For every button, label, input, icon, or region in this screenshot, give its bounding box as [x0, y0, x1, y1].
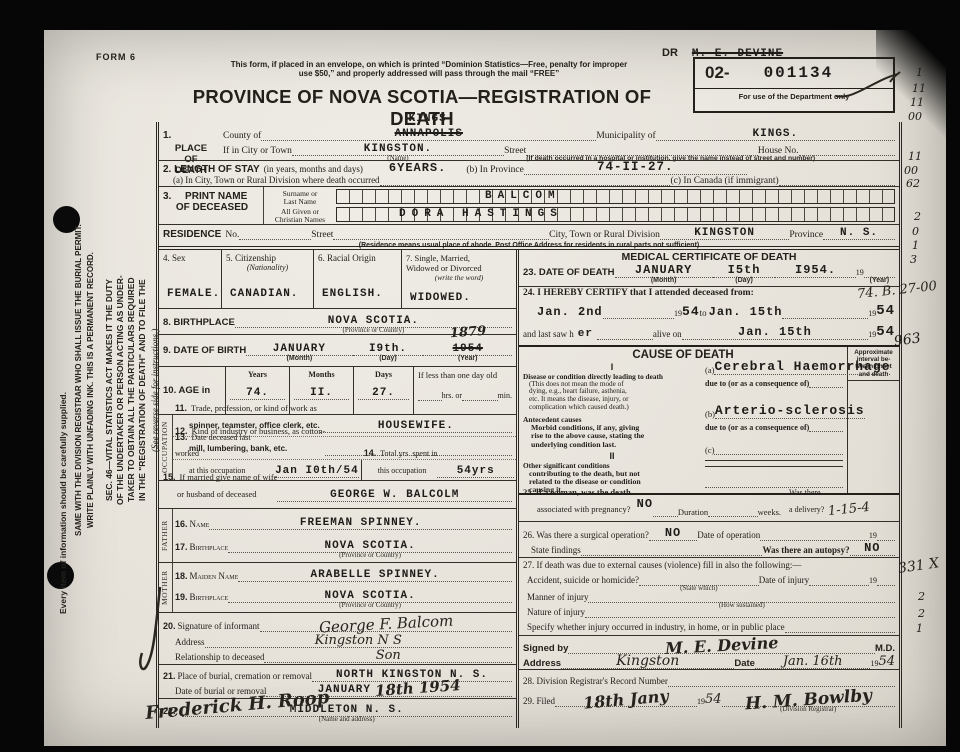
signed-date-value: Jan. 16th	[783, 654, 843, 669]
age-days-label: Days	[358, 370, 409, 379]
residence-no-label: No.	[225, 230, 239, 240]
birth-year-struck: 1954	[453, 343, 483, 355]
burial-date-handwritten: 18th 1954	[375, 677, 462, 699]
spouse-label-2: or husband of deceased	[177, 489, 257, 499]
sidebar-note-sec46-line1: SEC. 46—VITAL STATISTICS ACT MAKES IT TH…	[104, 170, 114, 610]
section-signed: Signed by M. E. Devine M.D. Address King…	[519, 635, 899, 669]
pregnancy-value: NO	[637, 498, 653, 511]
attended-from-year-prefix: 19	[674, 310, 682, 319]
age-years-value: 74.	[230, 387, 285, 400]
birth-month-note: (Month)	[246, 355, 352, 363]
md-label: M.D.	[875, 644, 895, 654]
cause-b-value: Arterio-sclerosis	[715, 403, 865, 418]
last-saw-label-2: alive on	[653, 330, 682, 340]
sex-label: 4. Sex	[163, 253, 217, 263]
section-residence: RESIDENCE No. Street City, Town or Rural…	[159, 224, 899, 250]
municipality-label: Municipality of	[596, 131, 655, 141]
attended-to-year-prefix: 19	[868, 310, 876, 319]
informant-relationship: Son	[376, 648, 401, 663]
birth-year-handwritten: 1879	[450, 325, 487, 342]
father-birthplace-label: Birthplace	[190, 543, 229, 553]
margin-mark: 2	[918, 590, 925, 603]
given-names-label-2: Christian Names	[264, 216, 336, 224]
section-burial: 21. Place of burial, cremation or remova…	[159, 664, 516, 698]
delivery-label-1: Was there	[789, 488, 821, 497]
margin-mark: 1	[916, 66, 923, 79]
stay-city-label: (a) In City, Town or Rural Division wher…	[173, 176, 380, 186]
age-min-label: min.	[498, 392, 512, 401]
margin-mark: 963	[893, 330, 922, 350]
cause-descriptions: I Disease or condition directly leading …	[523, 363, 701, 495]
handwritten-checkmark	[834, 70, 904, 104]
age-years-label: Years	[230, 370, 285, 379]
mother-name-value: ARABELLE SPINNEY.	[311, 569, 440, 581]
stay-city-value: 6YEARS.	[389, 162, 446, 175]
age-hrs-label: hrs. or	[442, 392, 462, 401]
last-worked-number: 13.	[175, 432, 188, 442]
trade-number: 11.	[175, 403, 187, 413]
death-year-value: I954.	[795, 263, 836, 277]
envelope-note-line1: This form, if placed in an envelope, on …	[194, 60, 664, 69]
margin-mark: 11	[910, 96, 924, 109]
cause-due-to-2: due to (or as a consequence of)	[705, 423, 809, 432]
age-months-value: II.	[294, 387, 349, 400]
marital-value: WIDOWED.	[410, 292, 471, 304]
division-registrar-note: (Division Registrar)	[722, 706, 895, 714]
given-names-grid: DORA HASTINGS	[336, 207, 895, 222]
spouse-label-1: If married give name of wife	[180, 472, 278, 482]
section-date-of-death: 23. DATE OF DEATH JANUARY (Month) I5th (…	[519, 263, 899, 286]
filed-year-value: 54	[705, 693, 722, 707]
sidebar-note-write-plainly: WRITE PLAINLY WITH UNFADING INK. THIS IS…	[86, 140, 95, 640]
birth-day-value: I9th.	[369, 343, 407, 355]
residence-street-label: Street	[311, 230, 333, 240]
residence-city-value: KINGSTON	[694, 227, 755, 239]
section-external-causes: 331 X 27. If death was due to external c…	[519, 557, 899, 635]
s1-label-1: PLACE	[163, 143, 219, 154]
spouse-number: 15.	[163, 472, 176, 482]
doctor-prefix: DR	[662, 47, 678, 59]
section-registrar: 28. Division Registrar's Record Number 2…	[519, 669, 899, 713]
registration-serial: 001134	[764, 64, 834, 82]
injury-date-label: Date of injury	[759, 576, 809, 586]
sidebar-note-every-item: Every item of information should be care…	[58, 280, 68, 726]
section-date-of-birth: 9. DATE OF BIRTH JANUARY (Month) I9th. (…	[159, 334, 516, 366]
informant-relationship-label: Relationship to deceased	[175, 653, 264, 663]
margin-mark: 3	[910, 253, 917, 266]
envelope-note: This form, if placed in an envelope, on …	[194, 60, 664, 78]
margin-mark: 1	[916, 622, 923, 635]
mother-name-number: 18.	[175, 572, 188, 582]
mother-birthplace-number: 19.	[175, 593, 188, 603]
pregnancy-label-1: 25. If a woman, was the death	[523, 487, 631, 497]
margin-mark: 11	[908, 150, 922, 163]
father-side-label-strip: FATHER	[159, 509, 173, 562]
sidebar-note-same-with: SAME WITH THE DIVISION REGISTRAR WHO SHA…	[74, 120, 83, 640]
municipality-value: KINGS.	[753, 128, 799, 140]
birthplace-label: 8. BIRTHPLACE	[163, 317, 235, 328]
trade-label-1: Trade, profession, or kind of work as	[191, 403, 317, 413]
residence-city-label: City, Town or Rural Division	[549, 230, 660, 240]
trade-value: HOUSEWIFE.	[378, 420, 454, 432]
age-label: 10. AGE in	[163, 385, 210, 396]
informant-address-label: Address	[175, 638, 205, 648]
margin-mark: 00	[904, 164, 918, 177]
marital-label-1: 7. Single, Married,	[406, 253, 512, 263]
city-town-label: If in City or Town	[223, 146, 292, 156]
morbid-line-3: underlying condition last.	[531, 441, 701, 449]
s3-number: 3.	[163, 191, 171, 202]
attended-to-value: Jan. 15th	[709, 306, 783, 319]
margin-mark: 2	[918, 607, 925, 620]
last-saw-er: er	[578, 328, 593, 340]
personal-column: 4. Sex FEMALE. 5. Citizenship (Nationali…	[159, 250, 516, 728]
racial-origin-label: 6. Racial Origin	[318, 253, 397, 263]
margin-mark: 62	[906, 177, 920, 190]
stray-pen-stroke	[136, 585, 166, 685]
operation-value: NO	[665, 526, 681, 540]
weeks-label: weeks.	[758, 508, 781, 517]
cause-b-label: (b)	[705, 409, 715, 419]
attended-label: 24. I HEREBY CERTIFY that I attended dec…	[523, 288, 754, 298]
physician-address-label: Address	[523, 659, 561, 669]
margin-mark: 11	[912, 82, 926, 95]
state-findings-label: State findings	[531, 546, 581, 556]
racial-origin-value: ENGLISH.	[322, 288, 383, 300]
nature-label: Nature of injury	[527, 608, 585, 618]
autopsy-value: NO	[864, 541, 880, 555]
death-registration-form: Every item of information should be care…	[44, 30, 946, 746]
delivery-label-2: a delivery?	[789, 505, 824, 514]
operation-date-label: Date of operation	[697, 531, 760, 541]
citizenship-value: CANADIAN.	[230, 288, 298, 300]
filed-year-prefix: 19	[697, 698, 705, 707]
margin-mark: 0	[912, 225, 919, 238]
father-side-label: FATHER	[160, 509, 169, 562]
father-birthplace-number: 17.	[175, 543, 188, 553]
county-label: County of	[223, 131, 261, 141]
last-worked-value: Jan I0th/54	[275, 465, 359, 477]
mother-birthplace-note: (Province or Country)	[228, 602, 512, 610]
father-name-value: FREEMAN SPINNEY.	[300, 517, 422, 529]
columns: 4. Sex FEMALE. 5. Citizenship (Nationali…	[159, 250, 899, 728]
attended-from-value: Jan. 2nd	[537, 306, 603, 319]
sex-value: FEMALE.	[167, 288, 220, 300]
death-day-note: (Day)	[713, 277, 776, 285]
given-names-value: DORA HASTINGS	[399, 208, 563, 220]
margin-mark: 00	[908, 110, 922, 123]
citizenship-label: 5. Citizenship	[226, 253, 309, 263]
manner-label: Manner of injury	[527, 593, 588, 603]
attended-to-label: to	[700, 309, 707, 319]
section-undertaker: Frederick H. Roop 22. MIDDLETON N. S. (N…	[159, 698, 516, 732]
accident-label: Accident, suicide or homicide?	[527, 576, 639, 586]
s3-label-2: OF DECEASED	[163, 202, 261, 213]
sidebar-note-sec46-line4: IN THE "REGISTRATION OF DEATH" AND TO FI…	[137, 170, 147, 610]
death-year-prefix: 19	[856, 269, 864, 278]
operation-label: 26. Was there a surgical operation?	[523, 531, 649, 541]
birth-day-note: (Day)	[353, 355, 424, 363]
form-body: 1. PLACE OF DEATH County of ANNAPOLIS KI…	[156, 122, 902, 728]
undertaker-note: (Name and address)	[182, 716, 512, 724]
section-place-of-death: 1. PLACE OF DEATH County of ANNAPOLIS KI…	[159, 122, 899, 160]
street-label: Street	[504, 146, 526, 156]
form-number: FORM 6	[96, 52, 136, 62]
s2-number: 2.	[163, 164, 171, 175]
section-attended: 74. B. 27-00 24. I HEREBY CERTIFY that I…	[519, 286, 899, 345]
death-month-value: JANUARY	[635, 263, 692, 277]
signed-year-value: 54	[878, 655, 895, 669]
margin-mark: 1	[912, 239, 919, 252]
date-of-birth-label: 9. DATE OF BIRTH	[163, 346, 246, 356]
attended-to-year: 54	[876, 304, 895, 319]
filed-date-value: 18th Jany	[583, 688, 670, 713]
section-mother: MOTHER 18. Maiden Name ARABELLE SPINNEY.…	[159, 562, 516, 612]
section-sex-citizenship: 4. Sex FEMALE. 5. Citizenship (Nationali…	[159, 250, 516, 308]
signed-date-label: Date	[734, 659, 755, 669]
surname-value: BALCOM	[485, 190, 561, 202]
external-handwritten-code: 331 X	[897, 555, 940, 577]
microfilm-background: Every item of information should be care…	[0, 0, 960, 752]
citizenship-sub-label: (Nationality)	[226, 263, 309, 272]
physician-address: Kingston	[616, 653, 679, 669]
stay-province-value: 74-II-27.	[597, 160, 674, 174]
duration-label: Duration	[678, 508, 708, 517]
cause-desc-5: complication which caused death.)	[529, 404, 701, 412]
margin-mark: 2	[914, 210, 921, 223]
external-label: 27. If death was due to external causes …	[523, 558, 895, 570]
father-name-number: 16.	[175, 520, 188, 530]
specify-label: Specify whether injury occurred in indus…	[527, 623, 785, 633]
cause-c-label: (c)	[705, 445, 714, 455]
record-number-label: 28. Division Registrar's Record Number	[523, 677, 668, 687]
surname-label-2: Last Name	[264, 198, 336, 206]
cause-a-value: Cerebral Haemorrhage	[714, 359, 890, 374]
residence-note: (Residence means usual place of abode. P…	[163, 242, 895, 249]
s2-label: LENGTH OF STAY	[174, 164, 260, 175]
section-spouse: 15. If married give name of wife or husb…	[159, 480, 516, 508]
section-print-name: 3. PRINT NAME OF DECEASED Surname or Las…	[159, 186, 899, 224]
autopsy-label: Was there an autopsy?	[762, 546, 849, 556]
marital-label-2: Widowed or Divorced	[406, 263, 512, 273]
date-of-death-label: 23. DATE OF DEATH	[523, 268, 615, 278]
spouse-value: GEORGE W. BALCOLM	[330, 489, 459, 501]
sidebar-note-sec46-line3: TAKER TO OBTAIN ALL THE PARTICULARS REQU…	[126, 170, 136, 610]
last-saw-year: 54	[876, 325, 895, 340]
registration-code: 02-	[705, 63, 730, 83]
county-corrected-value: KINGS	[409, 113, 447, 125]
last-saw-label-1: and last saw h	[523, 330, 574, 340]
mother-name-label: Maiden Name	[190, 572, 239, 582]
surname-grid: BALCOM	[336, 189, 895, 204]
medical-column: MEDICAL CERTIFICATE OF DEATH 23. DATE OF…	[516, 250, 899, 728]
section-father: FATHER 16. Name FREEMAN SPINNEY. 17. Bir…	[159, 508, 516, 562]
s1-number: 1.	[163, 130, 171, 141]
stay-canada-label: (c) In Canada (if immigrant)	[670, 176, 778, 186]
age-less-label: If less than one day old	[418, 370, 512, 380]
total-years-label-2: this occupation	[378, 466, 427, 475]
birth-month-value: JANUARY	[273, 343, 326, 355]
section-operation: 26. Was there a surgical operation? NO D…	[519, 521, 899, 557]
cause-of-death-box: CAUSE OF DEATH I Disease or condition di…	[519, 345, 899, 495]
section-pregnancy: 25. If a woman, was the death associated…	[519, 495, 899, 521]
last-saw-year-prefix: 19	[868, 331, 876, 340]
father-name-label: Name	[190, 520, 210, 530]
residence-province-value: N. S.	[840, 227, 878, 239]
marital-label-3: (write the word)	[406, 273, 512, 282]
residence-province-label: Province	[789, 230, 823, 240]
cause-due-to-1: due to (or as a consequence of)	[705, 379, 809, 388]
delivery-handwritten: 1-15-4	[828, 501, 871, 520]
death-day-value: I5th	[728, 263, 761, 277]
section-informant: 20. Signature of informant George F. Bal…	[159, 612, 516, 664]
section-length-of-stay: 2. LENGTH OF STAY (in years, months and …	[159, 160, 899, 186]
residence-label: RESIDENCE	[163, 229, 221, 240]
birth-year-note: (Year)	[423, 355, 512, 363]
stay-province-label: (b) In Province	[466, 165, 524, 175]
sidebar-note-sec46-line2: OF THE UNDERTAKER OR PERSON ACTING AS UN…	[115, 170, 125, 610]
s3-label-1: PRINT NAME	[163, 191, 261, 202]
pregnancy-label-2: associated with pregnancy?	[537, 504, 630, 514]
father-birthplace-note: (Province or Country)	[228, 552, 512, 560]
injury-year-prefix: 19	[869, 577, 877, 586]
mother-birthplace-label: Birthplace	[190, 593, 229, 603]
death-month-note: (Month)	[615, 277, 713, 285]
age-days-value: 27.	[358, 387, 409, 400]
s2-sub-label: (in years, months and days)	[264, 165, 363, 175]
last-saw-value: Jan. 15th	[738, 325, 812, 339]
filed-label: 29. Filed	[523, 697, 555, 707]
attended-from-year: 54	[682, 305, 700, 319]
signed-year-prefix: 19	[870, 660, 878, 669]
total-years-value: 54yrs	[457, 465, 495, 477]
envelope-note-line2: use $50,” and properly addressed will pa…	[194, 69, 664, 78]
age-months-label: Months	[294, 370, 349, 379]
